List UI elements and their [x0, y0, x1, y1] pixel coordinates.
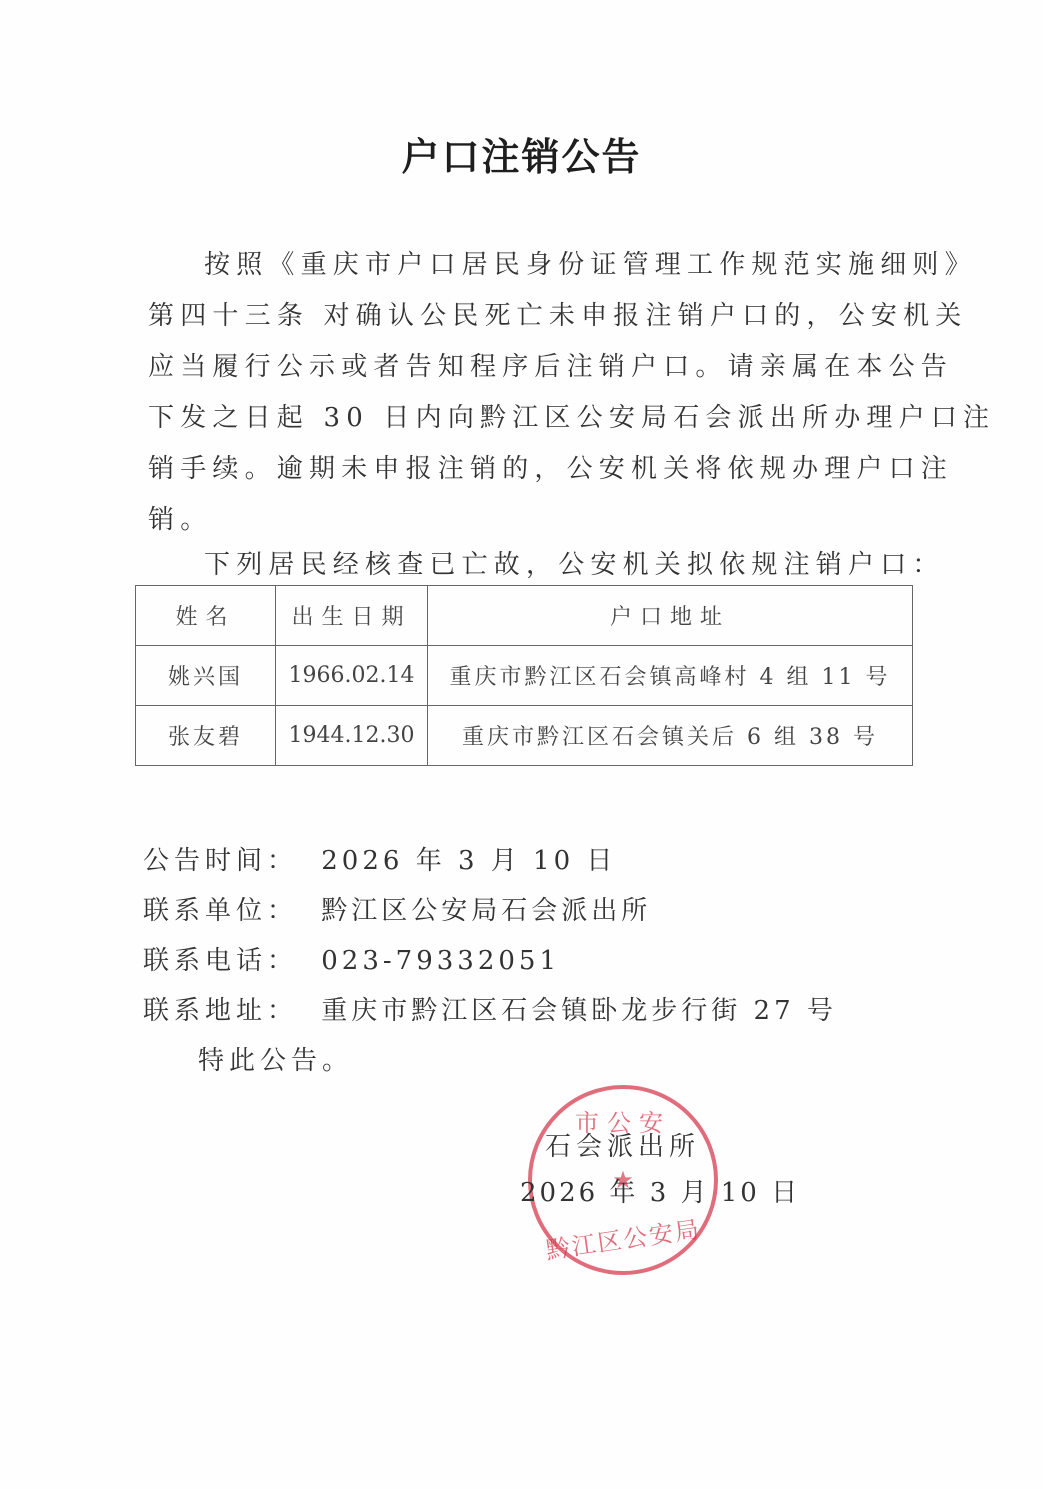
seal-bottom-text: 黔江区公安局 [530, 1208, 715, 1268]
header-birthdate: 出生日期 [276, 586, 428, 646]
cell-name: 张友碧 [136, 706, 276, 766]
table-row: 张友碧 1944.12.30 重庆市黔江区石会镇关后 6 组 38 号 [136, 706, 913, 766]
closing-text: 特此公告。 [198, 1040, 353, 1077]
table-row: 姚兴国 1966.02.14 重庆市黔江区石会镇高峰村 4 组 11 号 [136, 646, 913, 706]
info-value: 黔江区公安局石会派出所 [321, 890, 651, 927]
cell-address: 重庆市黔江区石会镇关后 6 组 38 号 [428, 706, 913, 766]
deceased-residents-table: 姓名 出生日期 户口地址 姚兴国 1966.02.14 重庆市黔江区石会镇高峰村… [135, 585, 913, 766]
info-row-phone: 联系电话： 023-79332051 [143, 940, 560, 977]
document-title: 户口注销公告 [0, 126, 1043, 181]
notice-page: 户口注销公告 按照《重庆市户口居民身份证管理工作规范实施细则》 第四十三条 对确… [0, 0, 1043, 1489]
cell-name: 姚兴国 [136, 646, 276, 706]
body-paragraph: 按照《重庆市户口居民身份证管理工作规范实施细则》 第四十三条 对确认公民死亡未申… [148, 240, 918, 591]
cell-birthdate: 1966.02.14 [276, 646, 428, 706]
info-label: 公告时间： [143, 840, 313, 877]
body-line: 下发之日起 30 日内向黔江区公安局石会派出所办理户口注 [148, 393, 918, 444]
body-line: 按照《重庆市户口居民身份证管理工作规范实施细则》 [148, 240, 918, 291]
info-label: 联系电话： [143, 940, 313, 977]
body-line: 销。 [148, 495, 918, 546]
list-intro: 下列居民经核查已亡故，公安机关拟依规注销户口： [148, 540, 918, 591]
header-address: 户口地址 [428, 586, 913, 646]
header-name: 姓名 [136, 586, 276, 646]
info-row-address: 联系地址： 重庆市黔江区石会镇卧龙步行街 27 号 [143, 990, 837, 1027]
info-row-unit: 联系单位： 黔江区公安局石会派出所 [143, 890, 651, 927]
cell-birthdate: 1944.12.30 [276, 706, 428, 766]
signature-date: 2026 年 3 月 10 日 [520, 1172, 800, 1209]
body-line: 应当履行公示或者告知程序后注销户口。请亲属在本公告 [148, 342, 918, 393]
cell-address: 重庆市黔江区石会镇高峰村 4 组 11 号 [428, 646, 913, 706]
body-line: 第四十三条 对确认公民死亡未申报注销户口的，公安机关 [148, 291, 918, 342]
info-row-date: 公告时间： 2026 年 3 月 10 日 [143, 840, 616, 877]
info-label: 联系单位： [143, 890, 313, 927]
signature-org: 石会派出所 [545, 1126, 700, 1163]
body-line: 销手续。逾期未申报注销的，公安机关将依规办理户口注 [148, 444, 918, 495]
info-value: 重庆市黔江区石会镇卧龙步行街 27 号 [321, 990, 837, 1027]
table-header-row: 姓名 出生日期 户口地址 [136, 586, 913, 646]
info-value: 2026 年 3 月 10 日 [321, 840, 616, 877]
info-value: 023-79332051 [321, 946, 560, 976]
info-label: 联系地址： [143, 990, 313, 1027]
